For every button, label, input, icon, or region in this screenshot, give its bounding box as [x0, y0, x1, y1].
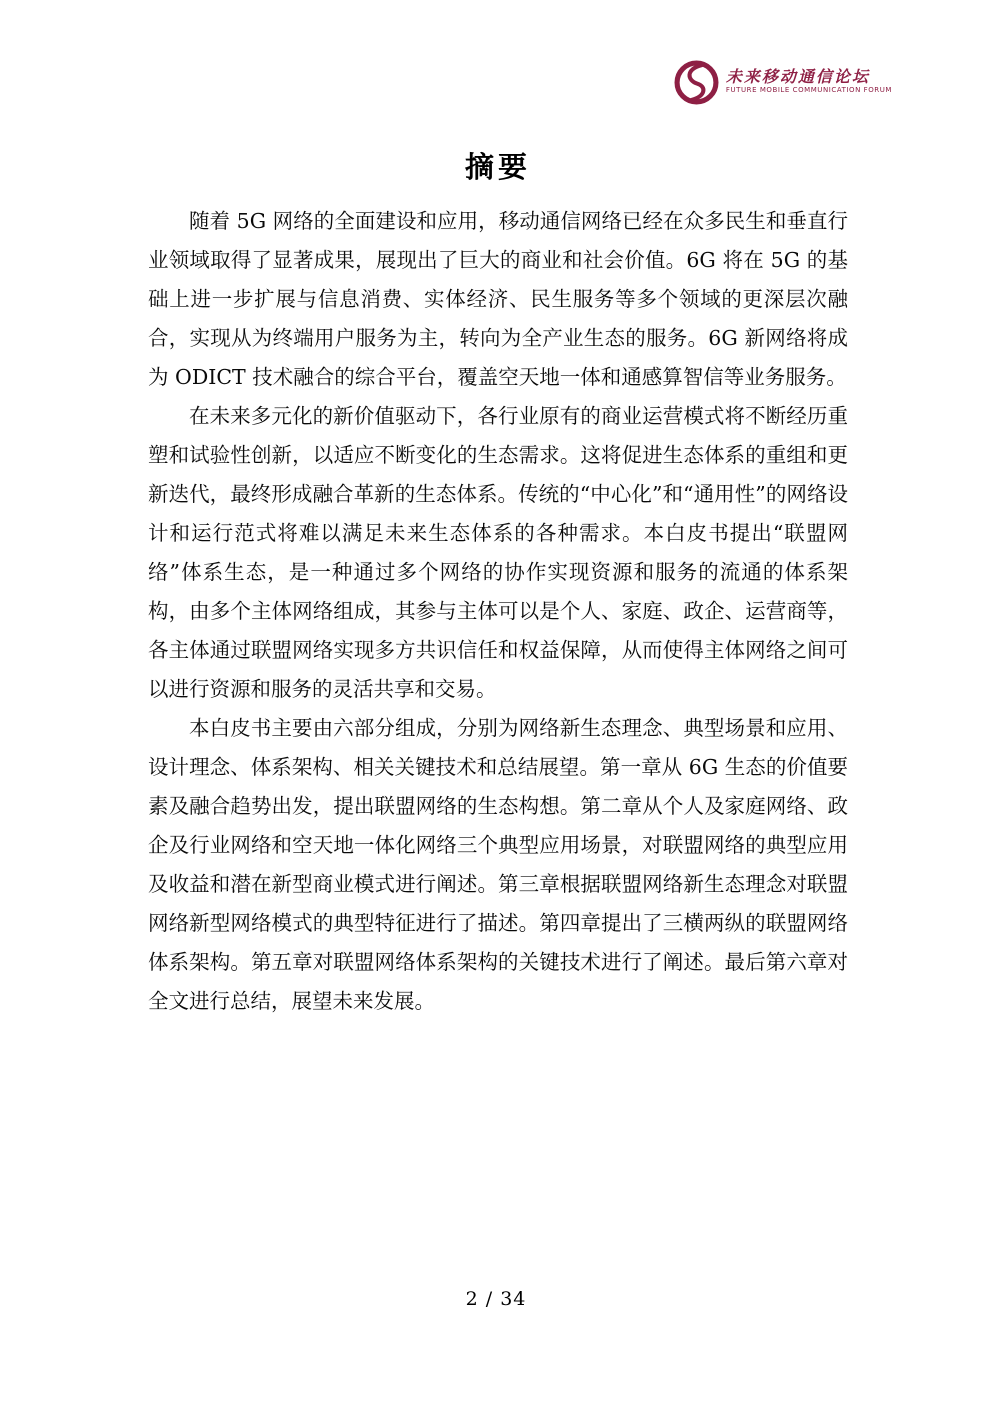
page-number: 2 / 34	[466, 1288, 527, 1310]
logo-english-name: FUTURE MOBILE COMMUNICATION FORUM	[726, 86, 892, 95]
abstract-paragraph-2: 在未来多元化的新价值驱动下，各行业原有的商业运营模式将不断经历重塑和试验性创新，…	[148, 397, 848, 709]
document-page: 未来移动通信论坛 FUTURE MOBILE COMMUNICATION FOR…	[0, 0, 992, 1403]
page-footer: 2 / 34	[0, 1288, 992, 1310]
abstract-paragraph-1: 随着 5G 网络的全面建设和应用，移动通信网络已经在众多民生和垂直行业领域取得了…	[148, 202, 848, 397]
logo-chinese-name: 未来移动通信论坛	[726, 68, 892, 86]
page-header: 未来移动通信论坛 FUTURE MOBILE COMMUNICATION FOR…	[674, 60, 892, 110]
abstract-title: 摘要	[148, 148, 848, 186]
abstract-paragraph-3: 本白皮书主要由六部分组成，分别为网络新生态理念、典型场景和应用、设计理念、体系架…	[148, 709, 848, 1021]
document-body: 摘要 随着 5G 网络的全面建设和应用，移动通信网络已经在众多民生和垂直行业领域…	[148, 148, 848, 1021]
forum-logo-swirl-icon	[674, 60, 719, 105]
forum-logo: 未来移动通信论坛 FUTURE MOBILE COMMUNICATION FOR…	[674, 60, 892, 105]
forum-logo-text: 未来移动通信论坛 FUTURE MOBILE COMMUNICATION FOR…	[726, 60, 892, 95]
